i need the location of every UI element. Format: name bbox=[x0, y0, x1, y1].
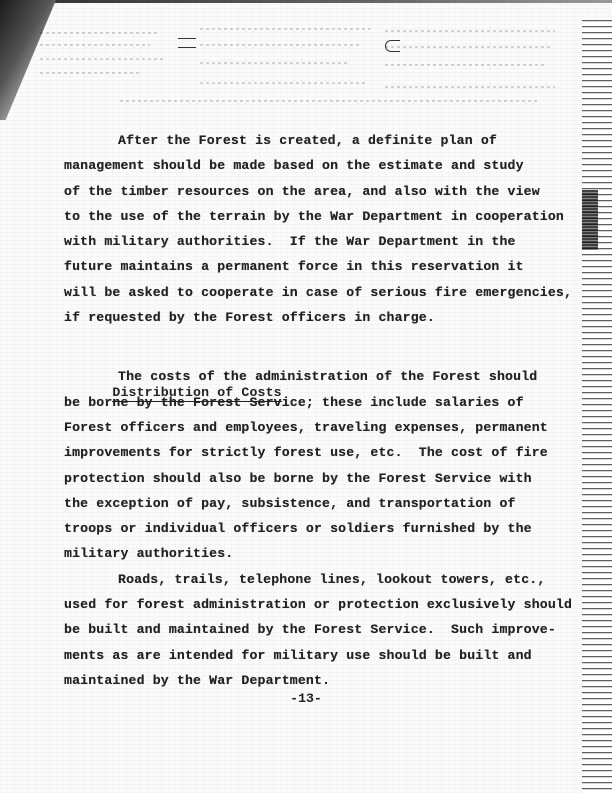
text-line: the exception of pay, subsistence, and t… bbox=[64, 491, 544, 516]
bleed-through-row bbox=[40, 32, 160, 34]
bleed-through-row bbox=[40, 58, 165, 60]
bleed-through-row bbox=[200, 44, 360, 46]
text-line: be borne by the Forest Service; these in… bbox=[64, 390, 544, 415]
bleed-through-row bbox=[385, 86, 555, 88]
text-line: of the timber resources on the area, and… bbox=[64, 179, 544, 204]
bleed-through-mark bbox=[178, 38, 196, 48]
bleed-through-mark bbox=[385, 40, 400, 52]
bleed-through-row bbox=[200, 62, 350, 64]
text-line: protection should also be borne by the F… bbox=[64, 466, 544, 491]
bleed-through-row bbox=[385, 46, 550, 48]
document-body: After the Forest is created, a definite … bbox=[64, 128, 544, 693]
scanned-page: After the Forest is created, a definite … bbox=[0, 0, 612, 793]
text-line: with military authorities. If the War De… bbox=[64, 229, 544, 254]
text-line: improvements for strictly forest use, et… bbox=[64, 440, 544, 465]
paragraph-improvements: Roads, trails, telephone lines, lookout … bbox=[64, 567, 544, 693]
text-line: used for forest administration or protec… bbox=[64, 592, 544, 617]
page-top-edge bbox=[40, 0, 612, 3]
text-line: Roads, trails, telephone lines, lookout … bbox=[64, 567, 544, 592]
bleed-through-row bbox=[120, 100, 540, 102]
paragraph-plan: After the Forest is created, a definite … bbox=[64, 128, 544, 330]
paragraph-costs: The costs of the administration of the F… bbox=[64, 364, 544, 566]
bleed-through-row bbox=[385, 30, 555, 32]
bleed-through-row bbox=[200, 82, 365, 84]
bleed-through-row bbox=[385, 64, 545, 66]
text-line: if requested by the Forest officers in c… bbox=[64, 305, 544, 330]
section-heading-row: Distribution of Costs bbox=[64, 330, 544, 364]
text-line: maintained by the War Department. bbox=[64, 668, 544, 693]
bleed-through-row bbox=[40, 44, 150, 46]
text-line: management should be made based on the e… bbox=[64, 153, 544, 178]
text-line: ments as are intended for military use s… bbox=[64, 643, 544, 668]
page-number: -13- bbox=[0, 691, 612, 706]
text-line: future maintains a permanent force in th… bbox=[64, 254, 544, 279]
right-margin-dark-mark bbox=[582, 190, 598, 250]
text-line: military authorities. bbox=[64, 541, 544, 566]
page-corner-shadow bbox=[0, 0, 56, 120]
bleed-through-row bbox=[200, 28, 370, 30]
text-line: be built and maintained by the Forest Se… bbox=[64, 617, 544, 642]
text-line: After the Forest is created, a definite … bbox=[64, 128, 544, 153]
text-line: troops or individual officers or soldier… bbox=[64, 516, 544, 541]
text-line: will be asked to cooperate in case of se… bbox=[64, 280, 544, 305]
text-line: to the use of the terrain by the War Dep… bbox=[64, 204, 544, 229]
right-margin-bleed bbox=[582, 20, 612, 793]
text-line: Forest officers and employees, traveling… bbox=[64, 415, 544, 440]
text-line: The costs of the administration of the F… bbox=[64, 364, 544, 389]
bleed-through-row bbox=[40, 72, 140, 74]
